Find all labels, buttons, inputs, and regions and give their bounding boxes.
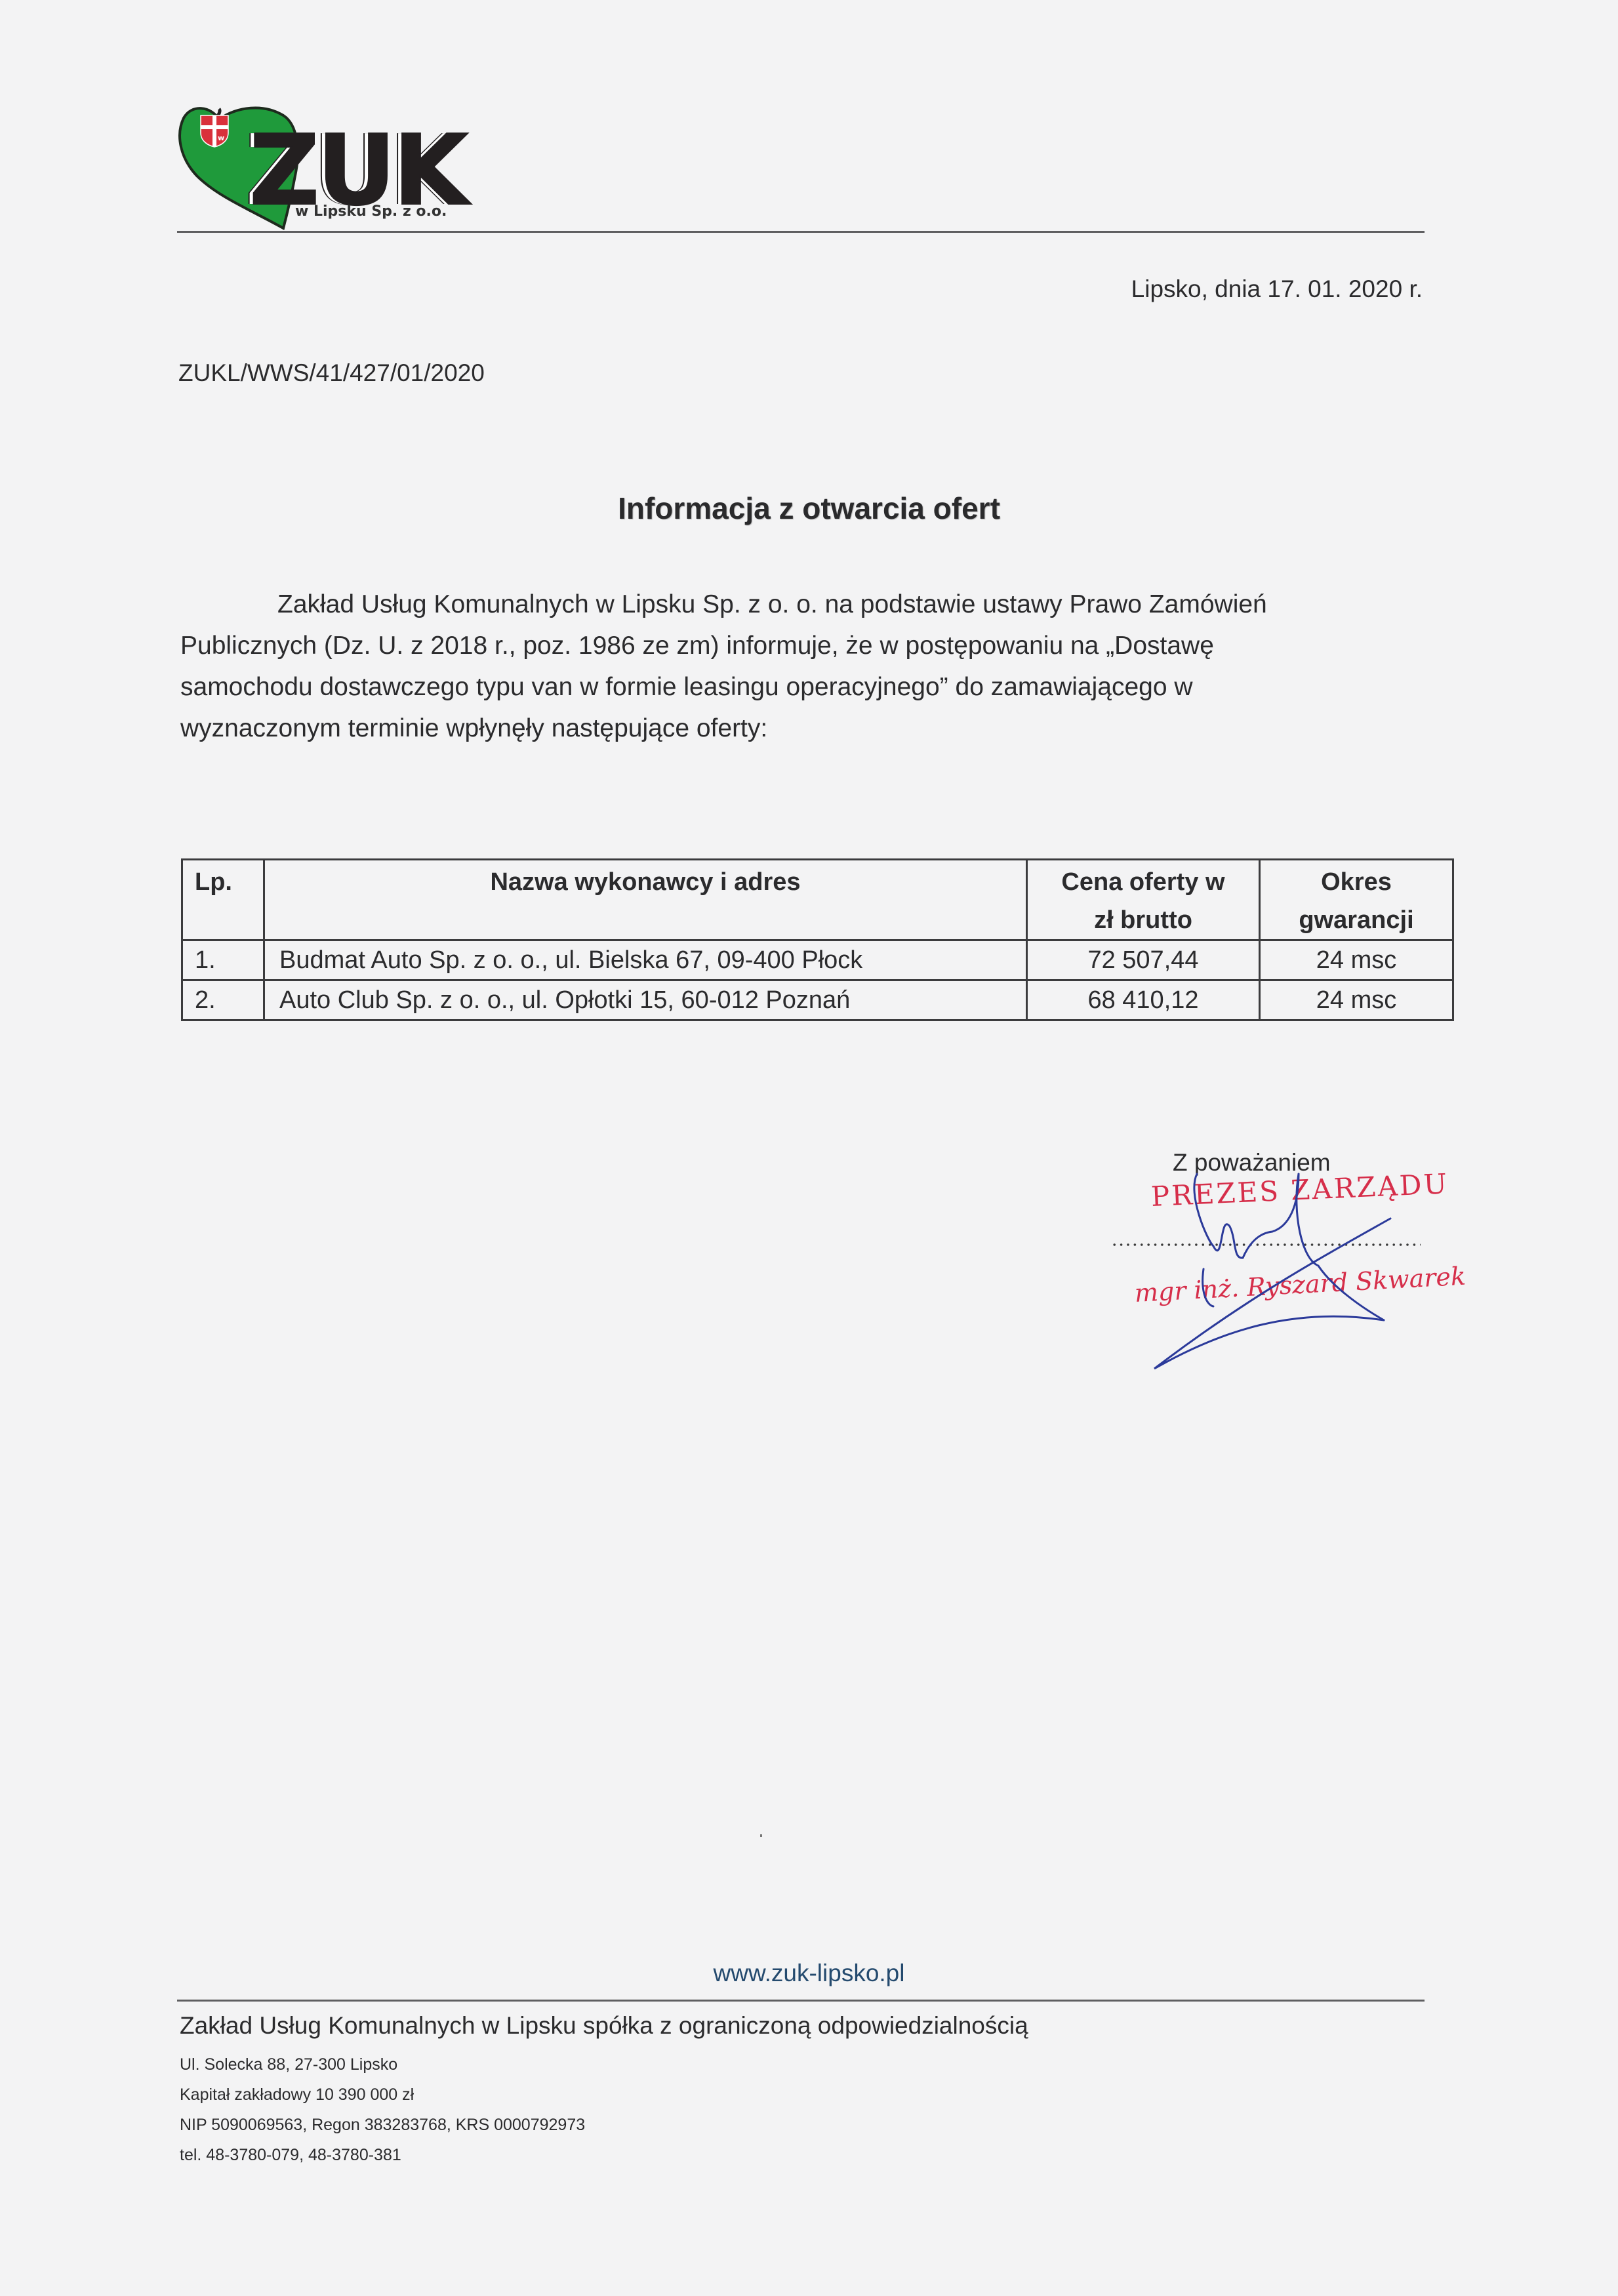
coat-of-arms-icon: w [201, 115, 228, 147]
company-logo: w ZUK w Lipsku Sp. z o.o. [178, 98, 480, 236]
scan-artifact [760, 1834, 762, 1837]
table-row: 1. Budmat Auto Sp. z o. o., ul. Bielska … [182, 940, 1453, 980]
footer-registration-ids: NIP 5090069563, Regon 383283768, KRS 000… [180, 2116, 585, 2135]
svg-text:w: w [218, 134, 224, 142]
website-link[interactable]: www.zuk-lipsko.pl [0, 1960, 1618, 1987]
header-price-line1: Cena oferty w [1061, 868, 1224, 896]
offers-table: Lp. Nazwa wykonawcy i adres Cena oferty … [181, 858, 1454, 1021]
body-line: Zakład Usług Komunalnych w Lipsku Sp. z … [180, 584, 1426, 625]
letter-date: Lipsko, dnia 17. 01. 2020 r. [1131, 275, 1423, 303]
body-paragraph: Zakład Usług Komunalnych w Lipsku Sp. z … [180, 584, 1426, 749]
header-warranty: Okres gwarancji [1260, 860, 1453, 940]
header-divider [177, 231, 1425, 233]
header-lp: Lp. [182, 860, 264, 940]
footer-capital: Kapitał zakładowy 10 390 000 zł [180, 2085, 414, 2105]
body-line: wyznaczonym terminie wpłynęły następując… [180, 708, 1426, 749]
header-warranty-line1: Okres [1321, 868, 1392, 896]
cell-warranty: 24 msc [1260, 940, 1453, 980]
footer-address: Ul. Solecka 88, 27-300 Lipsko [180, 2055, 397, 2074]
document-title: Informacja z otwarcia ofert [0, 491, 1618, 526]
table-header-row: Lp. Nazwa wykonawcy i adres Cena oferty … [182, 860, 1453, 940]
table-row: 2. Auto Club Sp. z o. o., ul. Opłotki 15… [182, 980, 1453, 1020]
header-warranty-line2: gwarancji [1299, 906, 1413, 934]
header-price: Cena oferty w zł brutto [1027, 860, 1260, 940]
header-name: Nazwa wykonawcy i adres [264, 860, 1027, 940]
cell-price: 68 410,12 [1027, 980, 1260, 1020]
body-line: Publicznych (Dz. U. z 2018 r., poz. 1986… [180, 625, 1426, 666]
cell-lp: 1. [182, 940, 264, 980]
footer-company-name: Zakład Usług Komunalnych w Lipsku spółka… [180, 2012, 1028, 2040]
header-price-line2: zł brutto [1094, 906, 1192, 934]
cell-name: Auto Club Sp. z o. o., ul. Opłotki 15, 6… [264, 980, 1027, 1020]
logo-subtitle: w Lipsku Sp. z o.o. [295, 203, 447, 220]
cell-warranty: 24 msc [1260, 980, 1453, 1020]
footer-divider [177, 2000, 1425, 2002]
cell-price: 72 507,44 [1027, 940, 1260, 980]
body-line: samochodu dostawczego typu van w formie … [180, 666, 1426, 708]
footer-phone: tel. 48-3780-079, 48-3780-381 [180, 2146, 401, 2165]
cell-name: Budmat Auto Sp. z o. o., ul. Bielska 67,… [264, 940, 1027, 980]
handwritten-signature-icon [1102, 1135, 1482, 1384]
cell-lp: 2. [182, 980, 264, 1020]
reference-number: ZUKL/WWS/41/427/01/2020 [178, 359, 485, 387]
